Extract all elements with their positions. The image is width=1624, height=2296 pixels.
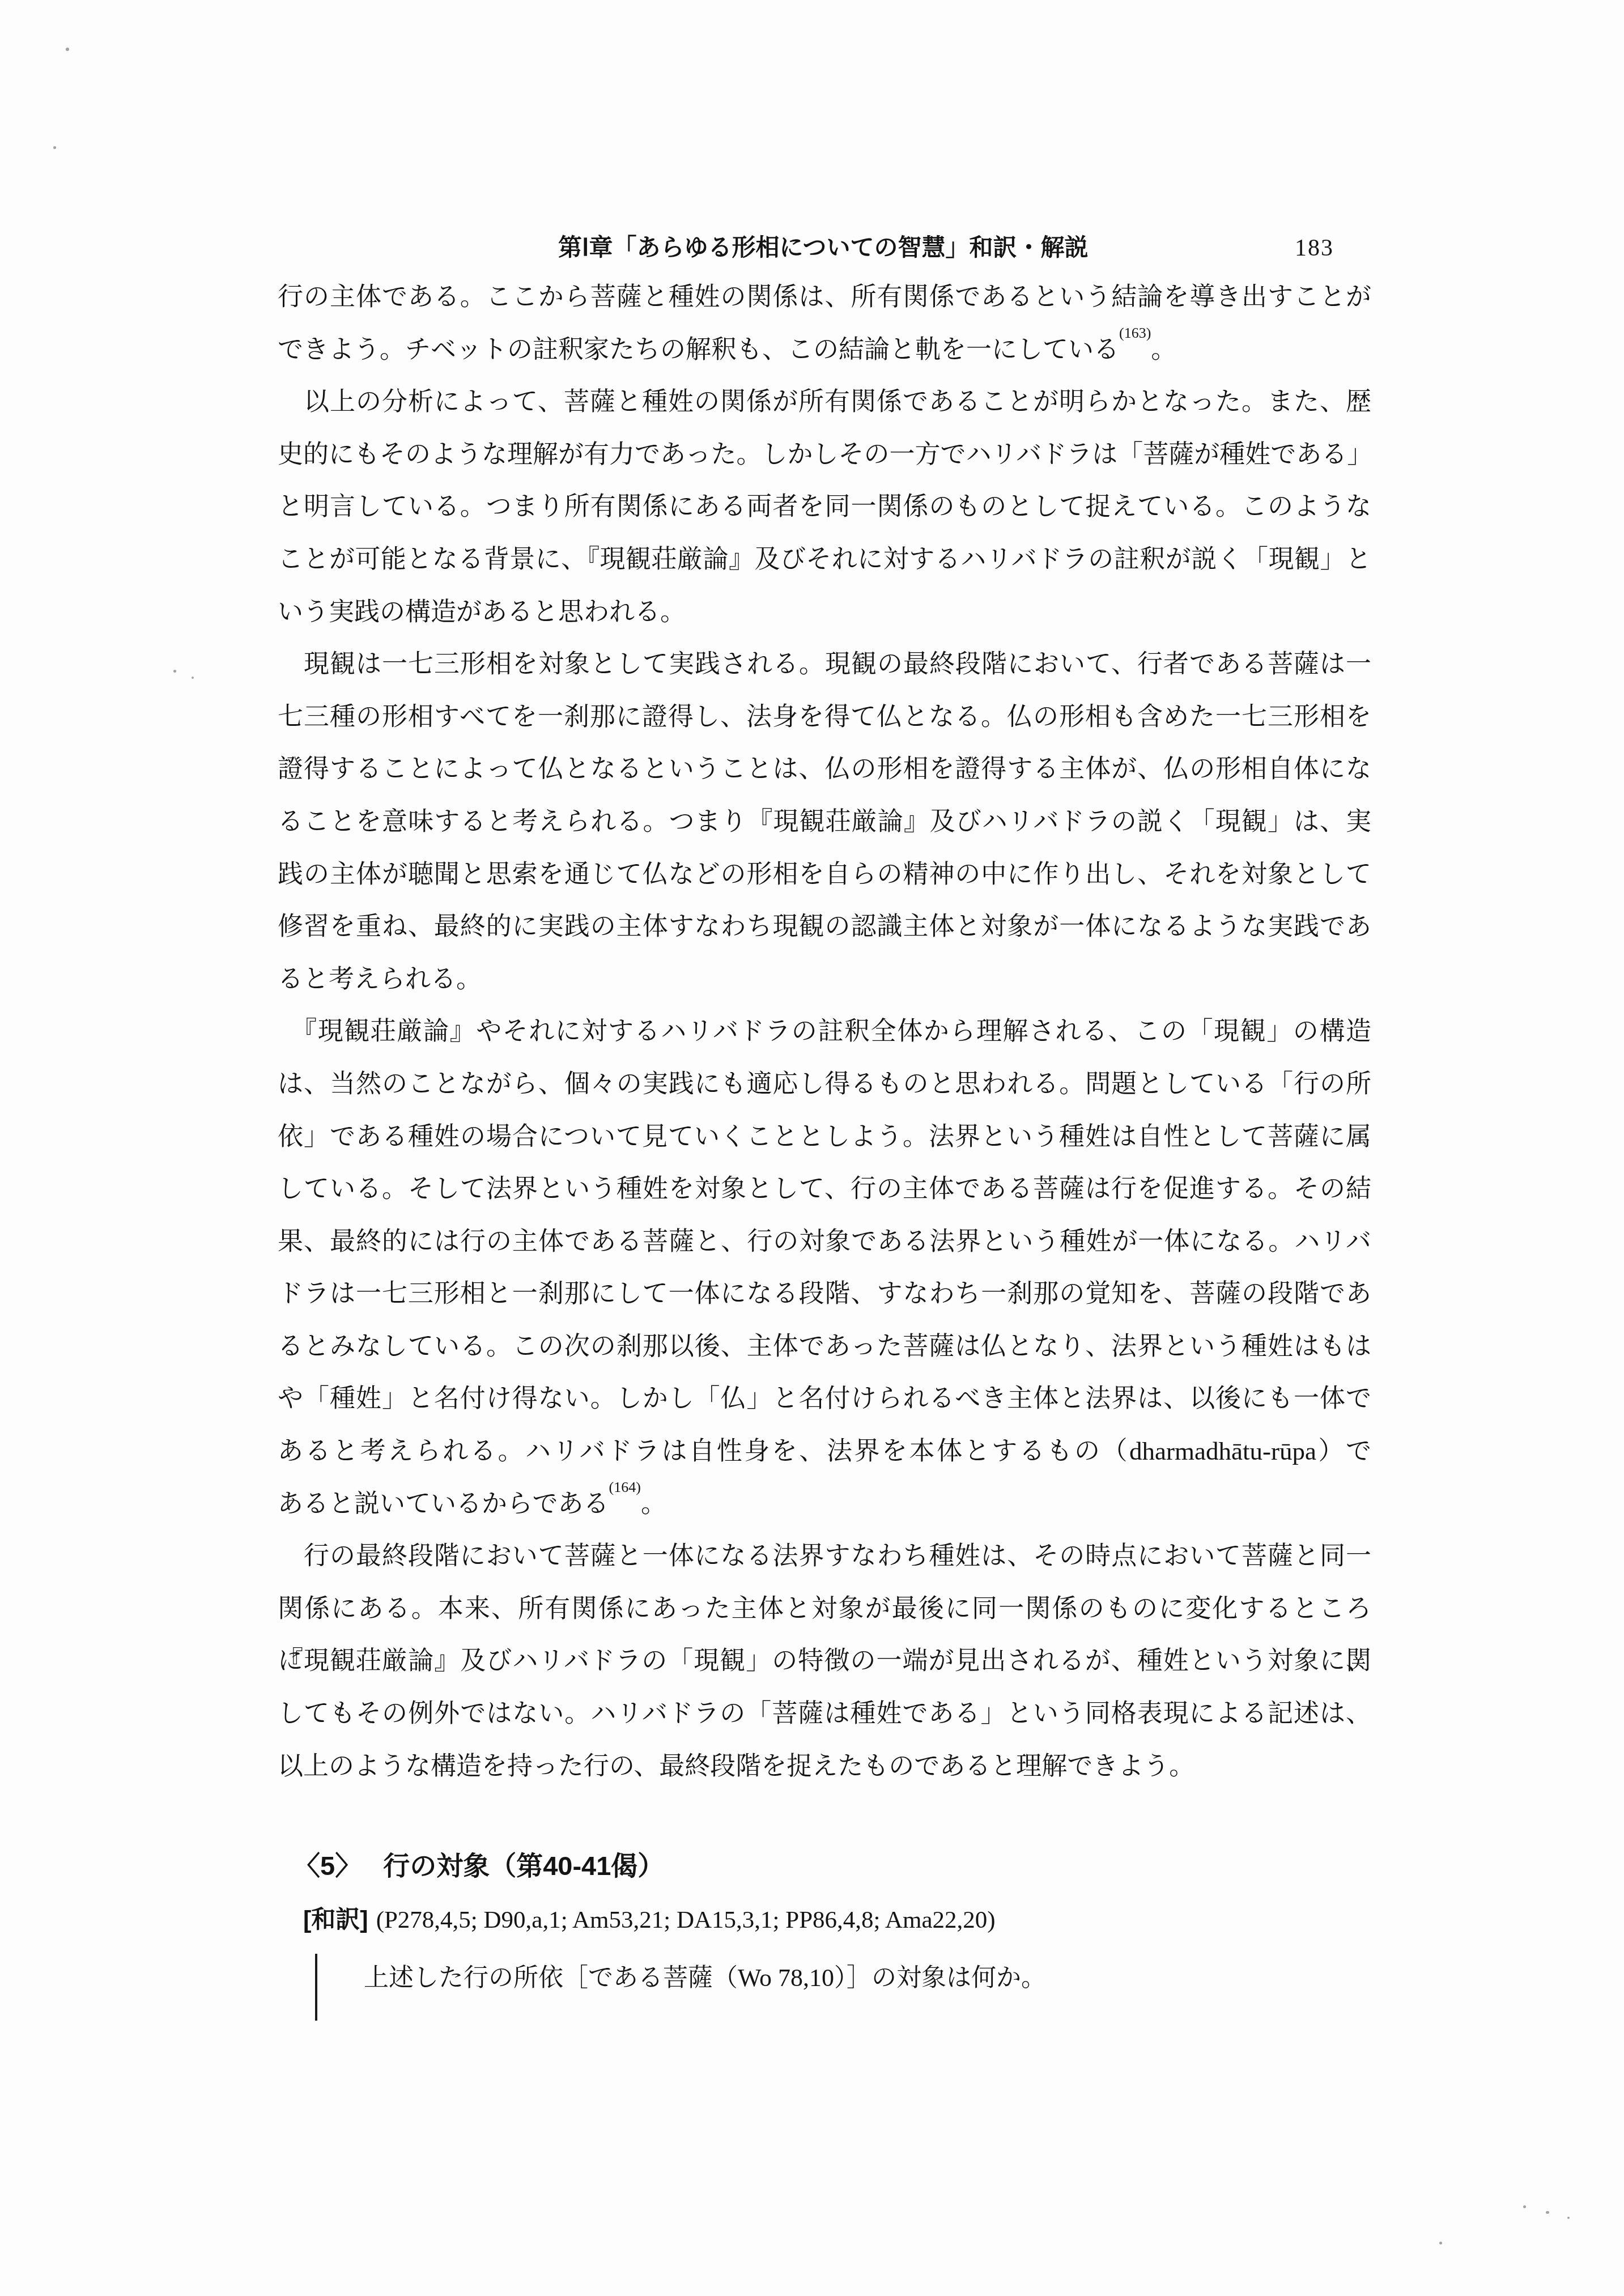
- text-line: 依」である種姓の場合について見ていくこととしよう。法界という種姓は自性として菩薩…: [278, 1111, 1371, 1163]
- text-line: ドラは一七三形相と一刹那にして一体になる段階、すなわち一刹那の覚知を、菩薩の段階…: [278, 1268, 1371, 1320]
- text-line: いう実践の構造があると思われる。: [278, 586, 1371, 639]
- scan-speck: [1546, 2211, 1549, 2214]
- text-line: できよう。チベットの註釈家たちの解釈も、この結論と軌を一にしている(163)。: [278, 324, 1371, 376]
- text-line: してもその例外ではない。ハリバドラの「菩薩は種姓である」という同格表現による記述…: [278, 1687, 1371, 1740]
- text-line: 行の最終段階において菩薩と一体になる法界すなわち種姓は、その時点において菩薩と同…: [278, 1530, 1371, 1583]
- text-line: 行の主体である。ここから菩薩と種姓の関係は、所有関係であるという結論を導き出すこ…: [278, 271, 1371, 324]
- text-line: 『現観荘厳論』やそれに対するハリバドラの註釈全体から理解される、この「現観」の構…: [278, 1005, 1371, 1058]
- text-line: 史的にもそのような理解が有力であった。しかしその一方でハリバドラは「菩薩が種姓で…: [278, 428, 1371, 481]
- text-line: 『現観荘厳論』及びハリバドラの「現観」の特徴の一端が見出されるが、種姓という対象…: [278, 1635, 1371, 1687]
- translation-label: [和訳]: [303, 1906, 368, 1933]
- text-line: るとみなしている。この次の刹那以後、主体であった菩薩は仏となり、法界という種姓は…: [278, 1320, 1371, 1373]
- page-number: 183: [1295, 231, 1334, 265]
- text-line: と明言している。つまり所有関係にある両者を同一関係のものとして捉えている。このよ…: [278, 481, 1371, 533]
- text-line: している。そして法界という種姓を対象として、行の主体である菩薩は行を促進する。そ…: [278, 1163, 1371, 1215]
- footnote-marker-164: (164): [609, 1479, 641, 1495]
- body-text: 行の主体である。ここから菩薩と種姓の関係は、所有関係であるという結論を導き出すこ…: [278, 271, 1371, 1792]
- text-line: あると説いているからである(164)。: [278, 1478, 1371, 1530]
- quote-bar: [315, 1954, 317, 2021]
- chapter-title: 第Ⅰ章「あらゆる形相についての智慧」和訳・解説: [558, 231, 1089, 265]
- text-line: ると考えられる。: [278, 953, 1371, 1006]
- scan-speck: [53, 146, 56, 149]
- text-line: 現観は一七三形相を対象として実践される。現観の最終段階において、行者である菩薩は…: [278, 638, 1371, 691]
- scan-speck: [173, 670, 176, 673]
- text-line: ることを意味すると考えられる。つまり『現観荘厳論』及びハリバドラの説く「現観」は…: [278, 796, 1371, 848]
- section-heading: 〈5〉行の対象（第40-41偈）: [294, 1846, 664, 1886]
- scan-speck: [192, 677, 194, 679]
- scan-speck: [66, 48, 69, 51]
- scanned-document-page: 第Ⅰ章「あらゆる形相についての智慧」和訳・解説 183 行の主体である。ここから…: [0, 0, 1624, 2296]
- text-line: は、当然のことながら、個々の実践にも適応し得るものと思われる。問題としている「行…: [278, 1058, 1371, 1111]
- text-line: や「種姓」と名付け得ない。しかし「仏」と名付けられるべき主体と法界は、以後にも一…: [278, 1372, 1371, 1425]
- section-marker: 〈5〉: [294, 1851, 362, 1881]
- quote-text: 上述した行の所依［である菩薩（Wo 78,10）］の対象は何か。: [364, 1959, 1046, 1997]
- text-line: 践の主体が聴聞と思索を通じて仏などの形相を自らの精神の中に作り出し、それを対象と…: [278, 848, 1371, 901]
- text-line: あると考えられる。ハリバドラは自性身を、法界を本体とするもの（dharmadhā…: [278, 1425, 1371, 1478]
- translation-line: [和訳](P278,4,5; D90,a,1; Am53,21; DA15,3,…: [303, 1902, 996, 1938]
- text-line: 果、最終的には行の主体である菩薩と、行の対象である法界という種姓が一体になる。ハ…: [278, 1215, 1371, 1268]
- scan-speck: [1439, 2242, 1442, 2244]
- text-line: 関係にある。本来、所有関係にあった主体と対象が最後に同一関係のものに変化するとこ…: [278, 1583, 1371, 1635]
- text-line: 七三種の形相すべてを一刹那に證得し、法身を得て仏となる。仏の形相も含めた一七三形…: [278, 691, 1371, 743]
- text-line: ことが可能となる背景に、『現観荘厳論』及びそれに対するハリバドラの註釈が説く「現…: [278, 533, 1371, 586]
- running-header: 第Ⅰ章「あらゆる形相についての智慧」和訳・解説 183: [0, 231, 1624, 265]
- text-line: 以上の分析によって、菩薩と種姓の関係が所有関係であることが明らかとなった。また、…: [278, 376, 1371, 428]
- section-title: 行の対象（第40-41偈）: [383, 1851, 664, 1881]
- scan-speck: [1523, 2205, 1526, 2208]
- text-line: 以上のような構造を持った行の、最終段階を捉えたものであると理解できよう。: [278, 1740, 1371, 1793]
- footnote-marker-163: (163): [1119, 325, 1151, 341]
- scan-speck: [1567, 2217, 1570, 2219]
- translation-refs: (P278,4,5; D90,a,1; Am53,21; DA15,3,1; P…: [376, 1907, 996, 1933]
- text-line: 修習を重ね、最終的に実践の主体すなわち現観の認識主体と対象が一体になるような実践…: [278, 900, 1371, 953]
- text-line: 證得することによって仏となるということは、仏の形相を證得する主体が、仏の形相自体…: [278, 743, 1371, 796]
